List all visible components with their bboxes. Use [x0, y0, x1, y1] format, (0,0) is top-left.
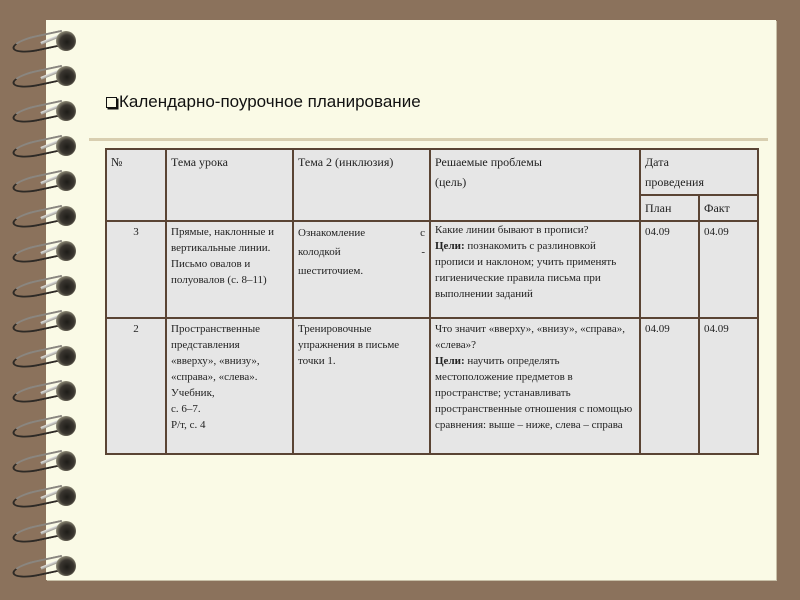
date-fact: 04.09	[699, 318, 758, 454]
lesson-problems: Какие линии бывают в прописи? Цели: позн…	[430, 221, 640, 318]
spiral-ring-icon	[0, 31, 80, 53]
spiral-ring-icon	[0, 206, 80, 228]
lesson-topic: Прямые, наклонные и вертикальные линии. …	[166, 221, 293, 318]
goals-label: Цели:	[435, 355, 465, 367]
date-plan: 04.09	[640, 318, 699, 454]
title-divider	[89, 138, 768, 141]
lesson-topic2: Тренировочные упражнения в письме точки …	[293, 318, 430, 454]
spiral-ring-icon	[0, 416, 80, 438]
date-fact: 04.09	[699, 221, 758, 318]
spiral-ring-icon	[0, 66, 80, 88]
header-fact: Факт	[699, 195, 758, 221]
spiral-ring-icon	[0, 521, 80, 543]
header-date: Дата проведения	[640, 149, 758, 195]
table-header-row: № Тема урока Тема 2 (инклюзия) Решаемые …	[106, 149, 758, 195]
spiral-ring-icon	[0, 241, 80, 263]
spiral-ring-icon	[0, 346, 80, 368]
date-plan: 04.09	[640, 221, 699, 318]
spiral-ring-icon	[0, 311, 80, 333]
spiral-ring-icon	[0, 276, 80, 298]
problem-question: Что значит «вверху», «внизу», «справа», …	[435, 321, 635, 353]
spiral-ring-icon	[0, 556, 80, 578]
lesson-number: 3	[106, 221, 166, 318]
lesson-number: 2	[106, 318, 166, 454]
lesson-plan-table: № Тема урока Тема 2 (инклюзия) Решаемые …	[105, 148, 759, 455]
page-title: Календарно-поурочное планирование	[106, 92, 421, 112]
spiral-ring-icon	[0, 486, 80, 508]
header-topic: Тема урока	[166, 149, 293, 221]
lesson-topic2: Ознакомлениес колодкой- шеститочием.	[293, 221, 430, 318]
title-text: Календарно-поурочное планирование	[119, 92, 421, 112]
spiral-ring-icon	[0, 101, 80, 123]
lesson-topic: Пространственные представления «вверху»,…	[166, 318, 293, 454]
table-row: 2 Пространственные представления «вверху…	[106, 318, 758, 454]
spiral-ring-icon	[0, 451, 80, 473]
spiral-ring-icon	[0, 381, 80, 403]
header-problems: Решаемые проблемы (цель)	[430, 149, 640, 221]
lesson-problems: Что значит «вверху», «внизу», «справа», …	[430, 318, 640, 454]
header-plan: План	[640, 195, 699, 221]
problem-question: Какие линии бывают в прописи?	[435, 222, 635, 238]
spiral-ring-icon	[0, 136, 80, 158]
header-topic2: Тема 2 (инклюзия)	[293, 149, 430, 221]
header-num: №	[106, 149, 166, 221]
table-row: 3 Прямые, наклонные и вертикальные линии…	[106, 221, 758, 318]
spiral-ring-icon	[0, 171, 80, 193]
goals-label: Цели:	[435, 240, 465, 252]
goals-text: научить определять местоположение предме…	[435, 355, 632, 431]
hollow-square-bullet-icon	[106, 97, 117, 108]
